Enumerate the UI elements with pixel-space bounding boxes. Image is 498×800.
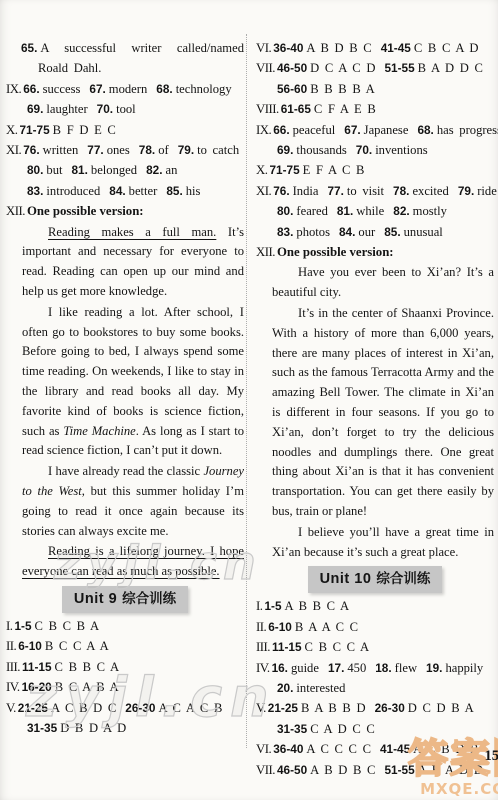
answer-text: A successful writer called/named Roald D… <box>38 41 244 75</box>
answer-text: happily <box>445 661 483 675</box>
paragraph: Have you ever been to Xi’an? It’s a beau… <box>272 263 494 303</box>
roman-numeral: XII. <box>6 204 25 218</box>
answer-line: VII.46-50A B D B C51-55A B A D D <box>256 760 494 780</box>
answer-text: A B A D D <box>418 763 483 777</box>
answer-number: 1-5 <box>264 599 281 613</box>
answer-number: 6-10 <box>268 620 292 634</box>
roman-numeral: III. <box>256 640 270 654</box>
answer-number: 81. <box>337 204 353 218</box>
answer-number: 31-35 <box>277 722 307 736</box>
answer-text: to catch <box>197 143 239 157</box>
answer-line: II.6-10B C C A A <box>6 636 244 656</box>
answer-text: Japanese <box>364 123 409 137</box>
paragraph: Reading makes a full man. It’s important… <box>22 223 244 302</box>
answer-number: 85. <box>384 225 400 239</box>
underlined-sentence: Reading makes a full man. <box>48 225 216 239</box>
answer-number: 68. <box>156 82 172 96</box>
answer-number: 41-45 <box>381 41 411 55</box>
answer-text: B A D D C <box>418 61 483 75</box>
answer-text: guide <box>291 661 319 675</box>
answer-number: 85. <box>166 184 182 198</box>
answer-number: 83. <box>277 225 293 239</box>
answer-line: III.11-15C B B C A <box>6 657 244 677</box>
answer-number: 69. <box>27 102 43 116</box>
watermark-mxqe-site: MXQE.COM <box>408 780 498 798</box>
answer-text: B F D E C <box>53 123 116 137</box>
answer-line: I.1-5A B B C A <box>256 596 494 616</box>
roman-numeral: IV. <box>6 680 20 694</box>
paragraph: I believe you’ll have a great time in Xi… <box>272 523 494 563</box>
answer-text: E F A C B <box>303 163 365 177</box>
answer-number: 61-65 <box>281 102 311 116</box>
answer-text: success <box>43 82 81 96</box>
answer-text: introduced <box>46 184 100 198</box>
answer-text: excited <box>412 184 448 198</box>
column-divider <box>246 34 247 748</box>
underlined-sentence: Reading is a lifelong journey. I hope ev… <box>22 544 244 578</box>
roman-numeral: I. <box>256 599 262 613</box>
answer-number: 19. <box>426 661 442 675</box>
answer-number: 21-25 <box>268 701 298 715</box>
answer-number: 70. <box>356 143 372 157</box>
page-number: 15 <box>485 748 498 765</box>
answer-number: 83. <box>27 184 43 198</box>
answer-text: but <box>46 163 62 177</box>
right-column: VI.36-40A B D B C41-45C B C A DVII.46-50… <box>256 38 494 780</box>
answer-number: 56-60 <box>277 82 307 96</box>
answer-line: VIII.61-65C F A E B <box>256 99 494 119</box>
answer-line: IX.66.peaceful67.Japanese68.has progress… <box>256 120 494 140</box>
answer-text: photos <box>296 225 330 239</box>
answer-text: B A B B D <box>301 701 366 715</box>
roman-numeral: VIII. <box>256 102 279 116</box>
answer-line: 20.interested <box>256 678 494 698</box>
answer-number: 1-5 <box>14 619 31 633</box>
answer-number: 78. <box>393 184 409 198</box>
roman-numeral: XI. <box>256 184 271 198</box>
answer-text: thousands <box>296 143 346 157</box>
answer-text: technology <box>176 82 232 96</box>
answer-line: XII.One possible version: <box>256 242 494 262</box>
answer-text: feared <box>296 204 327 218</box>
answer-text: B C A B A <box>55 680 119 694</box>
unit-header: Unit 9综合训练 <box>6 586 244 613</box>
italic-title: Time Machine <box>63 424 135 438</box>
roman-numeral: XII. <box>256 245 275 259</box>
answer-text: B C C A A <box>45 639 109 653</box>
paragraph: It’s in the center of Shaanxi Province. … <box>272 304 494 522</box>
answer-line: IX.66.success67.modern68.technology <box>6 79 244 99</box>
answer-line: 65.A successful writer called/named Roal… <box>6 38 244 79</box>
answer-number: 67. <box>89 82 105 96</box>
answer-number: 79. <box>178 143 194 157</box>
roman-numeral: VI. <box>256 41 271 55</box>
answer-number: 65. <box>21 41 37 55</box>
roman-numeral: II. <box>6 639 16 653</box>
answer-text: interested <box>296 681 345 695</box>
answer-text: ride <box>477 184 497 198</box>
answer-number: 6-10 <box>18 639 42 653</box>
answer-line: 80.but81.belonged82.an <box>6 160 244 180</box>
roman-numeral: IX. <box>6 82 21 96</box>
answer-number: 41-45 <box>380 742 410 756</box>
answer-line: X.71-75E F A C B <box>256 160 494 180</box>
unit-header-box: Unit 9综合训练 <box>62 586 188 613</box>
answer-line: 31-35D B D A D <box>6 718 244 738</box>
paragraph: I have already read the classic Journey … <box>22 462 244 541</box>
answer-number: 36-40 <box>273 742 303 756</box>
answer-text: better <box>129 184 158 198</box>
paragraph-text: It’s in the center of Shaanxi Province. … <box>272 306 494 518</box>
answer-text: belonged <box>91 163 137 177</box>
answer-text: inventions <box>375 143 427 157</box>
paragraph-text: I like reading a lot. After school, I of… <box>22 305 244 438</box>
answer-number: 16. <box>272 661 288 675</box>
roman-numeral: X. <box>6 123 17 137</box>
answer-text: tool <box>116 102 136 116</box>
roman-numeral: VII. <box>256 61 275 75</box>
answer-line: VII.46-50D C A C D51-55B A D D C <box>256 58 494 78</box>
answer-text: C A D C C <box>310 722 375 736</box>
answer-text: C B C C A <box>305 640 370 654</box>
answer-number: 68. <box>417 123 433 137</box>
bold-label: One possible version: <box>277 245 394 259</box>
answer-text: flew <box>395 661 417 675</box>
answer-number: 11-15 <box>22 660 52 674</box>
answer-text: D B D A D <box>60 721 126 735</box>
answer-text: A C B D C <box>51 701 116 715</box>
answer-number: 11-15 <box>272 640 302 654</box>
roman-numeral: I. <box>6 619 12 633</box>
roman-numeral: VI. <box>256 742 271 756</box>
answer-number: 70. <box>97 102 113 116</box>
answer-text: to visit <box>347 184 384 198</box>
answer-line: II.6-10B A A C C <box>256 617 494 637</box>
answer-number: 36-40 <box>273 41 303 55</box>
answer-number: 66. <box>23 82 39 96</box>
answer-number: 69. <box>277 143 293 157</box>
unit-header-box: Unit 10综合训练 <box>308 566 443 593</box>
answer-number: 46-50 <box>277 61 307 75</box>
answer-number: 26-30 <box>125 701 155 715</box>
answer-number: 18. <box>375 661 391 675</box>
answer-text: peaceful <box>293 123 336 137</box>
answer-text: 450 <box>347 661 366 675</box>
answer-number: 20. <box>277 681 293 695</box>
answer-number: 26-30 <box>375 701 405 715</box>
answer-line: 56-60B B B B A <box>256 79 494 99</box>
answer-number: 71-75 <box>269 163 299 177</box>
answer-text: A C A C B <box>158 701 222 715</box>
unit-title: Unit 9 <box>74 591 117 607</box>
answer-number: 17. <box>328 661 344 675</box>
answer-line: I.1-5C B C B A <box>6 616 244 636</box>
unit-header: Unit 10综合训练 <box>256 566 494 593</box>
answer-number: 76. <box>273 184 289 198</box>
answer-line: VI.36-40A B D B C41-45C B C A D <box>256 38 494 58</box>
answer-text: A B D B C <box>310 763 375 777</box>
answer-line: XI.76.India77.to visit78.excited79.ride <box>256 181 494 201</box>
answer-line: XII.One possible version: <box>6 201 244 221</box>
answer-text: B B B B A <box>310 82 375 96</box>
left-column: 65.A successful writer called/named Roal… <box>6 38 244 738</box>
answer-number: 31-35 <box>27 721 57 735</box>
answer-line: III.11-15C B C C A <box>256 637 494 657</box>
answer-number: 76. <box>23 143 39 157</box>
answer-text: unusual <box>404 225 443 239</box>
unit-subtitle: 综合训练 <box>122 591 176 607</box>
answer-line: VI.36-40A C C C C41-45A C B D B <box>256 739 494 759</box>
answer-number: 80. <box>277 204 293 218</box>
answer-number: 80. <box>27 163 43 177</box>
answer-number: 79. <box>458 184 474 198</box>
answer-number: 84. <box>109 184 125 198</box>
paragraph: Reading is a lifelong journey. I hope ev… <box>22 542 244 582</box>
answer-number: 66. <box>273 123 289 137</box>
answer-text: of <box>158 143 169 157</box>
roman-numeral: VII. <box>256 763 275 777</box>
answer-text: laughter <box>46 102 87 116</box>
answer-text: A B B C A <box>285 599 350 613</box>
answer-text: D C D B A <box>408 701 474 715</box>
answer-number: 77. <box>328 184 344 198</box>
answer-text: modern <box>109 82 147 96</box>
answer-text: written <box>43 143 79 157</box>
answer-line: 31-35C A D C C <box>256 719 494 739</box>
roman-numeral: XI. <box>6 143 21 157</box>
answer-text: our <box>358 225 375 239</box>
answer-number: 51-55 <box>384 763 414 777</box>
answer-line: 83.photos84.our85.unusual <box>256 222 494 242</box>
answer-text: ones <box>107 143 130 157</box>
bold-label: One possible version: <box>27 204 144 218</box>
answer-text: A C B D B <box>413 742 478 756</box>
roman-numeral: II. <box>256 620 266 634</box>
answer-line: V.21-25B A B B D26-30D C D B A <box>256 698 494 718</box>
answer-number: 82. <box>146 163 162 177</box>
roman-numeral: IV. <box>256 661 270 675</box>
roman-numeral: V. <box>6 701 16 715</box>
roman-numeral: IX. <box>256 123 271 137</box>
answer-text: A C C C C <box>306 742 371 756</box>
answer-number: 82. <box>393 204 409 218</box>
answer-text: has progressed <box>437 123 498 137</box>
answer-text: mostly <box>413 204 447 218</box>
paragraph-text: Have you ever been to Xi’an? It’s a beau… <box>272 265 494 299</box>
answer-text: D C A C D <box>310 61 375 75</box>
answer-text: C B B C A <box>55 660 120 674</box>
answer-text: an <box>165 163 177 177</box>
answer-number: 77. <box>87 143 103 157</box>
answer-text: his <box>186 184 201 198</box>
answer-text: B A A C C <box>295 620 358 634</box>
answer-number: 51-55 <box>384 61 414 75</box>
answer-number: 84. <box>339 225 355 239</box>
answer-number: 71-75 <box>19 123 49 137</box>
answer-line: XI.76.written77.ones78.of79.to catch <box>6 140 244 160</box>
answer-line: IV.16-20B C A B A <box>6 677 244 697</box>
answer-line: V.21-25A C B D C26-30A C A C B <box>6 698 244 718</box>
unit-subtitle: 综合训练 <box>376 571 430 587</box>
answer-line: 80.feared81.while82.mostly <box>256 201 494 221</box>
answer-number: 78. <box>139 143 155 157</box>
answer-text: C F A E B <box>314 102 376 116</box>
roman-numeral: III. <box>6 660 20 674</box>
answer-text: while <box>356 204 384 218</box>
roman-numeral: X. <box>256 163 267 177</box>
unit-title: Unit 10 <box>320 571 372 587</box>
answer-number: 46-50 <box>277 763 307 777</box>
answer-line: X.71-75B F D E C <box>6 120 244 140</box>
answer-line: IV.16.guide17.45018.flew19.happily <box>256 658 494 678</box>
answer-line: 83.introduced84.better85.his <box>6 181 244 201</box>
paragraph-text: I believe you’ll have a great time in Xi… <box>272 525 494 559</box>
answer-text: C B C B A <box>35 619 100 633</box>
answer-text: C B C A D <box>414 41 479 55</box>
paragraph: I like reading a lot. After school, I of… <box>22 303 244 461</box>
answer-number: 21-25 <box>18 701 48 715</box>
answer-number: 81. <box>72 163 88 177</box>
answer-line: 69.laughter70.tool <box>6 99 244 119</box>
roman-numeral: V. <box>256 701 266 715</box>
answer-number: 67. <box>344 123 360 137</box>
answer-text: A B D B C <box>306 41 371 55</box>
answer-number: 16-20 <box>22 680 52 694</box>
answer-book-page: 65.A successful writer called/named Roal… <box>0 0 498 800</box>
answer-text: India <box>293 184 319 198</box>
answer-line: 69.thousands70.inventions <box>256 140 494 160</box>
paragraph-text: I have already read the classic <box>48 464 203 478</box>
